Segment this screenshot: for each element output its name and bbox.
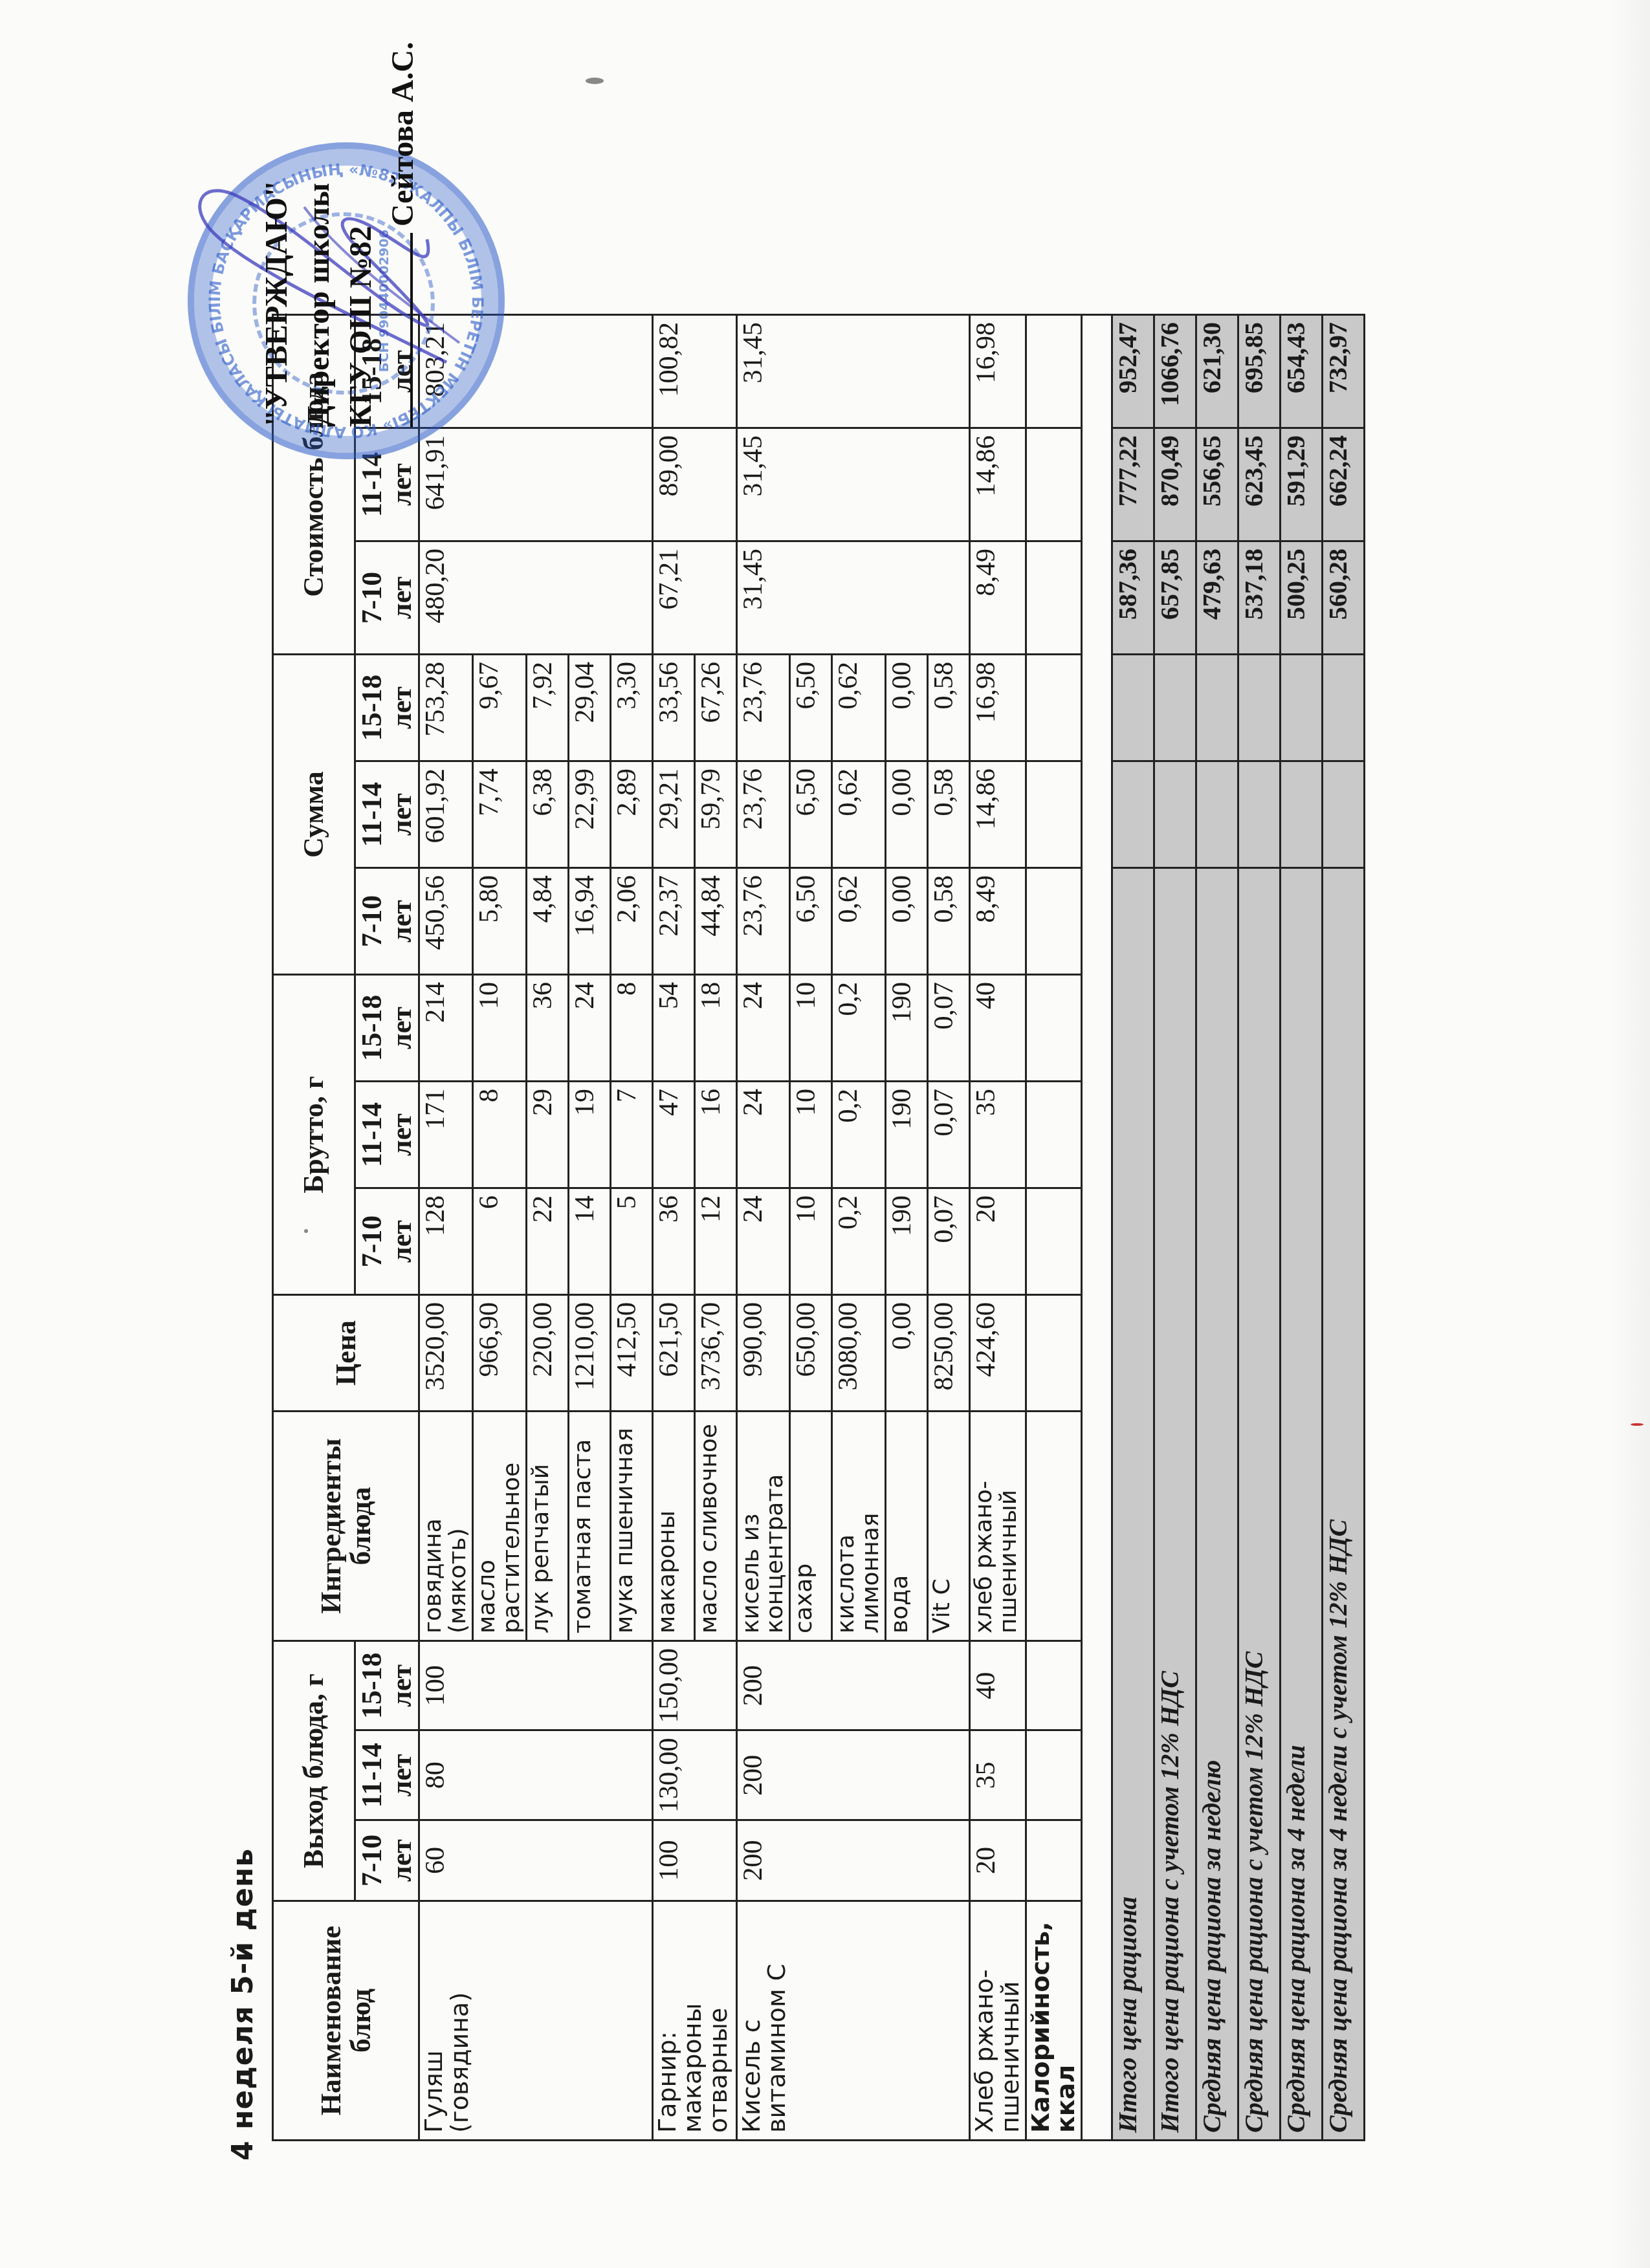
ingredient-price: 1210,00 bbox=[568, 1295, 610, 1412]
ingredient-gross: 190 bbox=[885, 975, 927, 1082]
ingredient-sum: 2,06 bbox=[610, 868, 652, 975]
summary-empty-cell bbox=[1112, 761, 1154, 868]
dish-yield: 40 bbox=[969, 1641, 1026, 1731]
ingredient-price: 424,60 bbox=[969, 1295, 1026, 1412]
header-yield-age-2: 15-18 лет bbox=[355, 1641, 419, 1731]
ingredient-gross: 0,07 bbox=[927, 975, 969, 1082]
ingredient-gross: 0,2 bbox=[832, 1188, 886, 1295]
header-sum-age-1: 11-14 лет bbox=[355, 761, 419, 868]
calories-cell bbox=[1026, 315, 1082, 428]
summary-label: Средняя цена рациона с учетом 12% НДС bbox=[1238, 868, 1281, 2141]
table-row: Гарнир: макароны отварные100130,00150,00… bbox=[652, 315, 694, 2141]
ingredient-name: сахар bbox=[790, 1412, 832, 1641]
summary-value: 952,47 bbox=[1112, 315, 1154, 428]
ingredient-sum: 23,76 bbox=[736, 868, 790, 975]
summary-empty-cell bbox=[1238, 761, 1281, 868]
calories-cell bbox=[1026, 1188, 1082, 1295]
summary-empty-cell bbox=[1154, 655, 1196, 761]
dish-yield: 35 bbox=[969, 1730, 1026, 1820]
ingredient-gross: 54 bbox=[652, 975, 694, 1082]
dish-cost: 16,98 bbox=[969, 315, 1026, 428]
summary-label: Итого цена рациона с учетом 12% НДС bbox=[1154, 868, 1196, 2141]
ingredient-sum: 67,26 bbox=[694, 655, 736, 761]
ingredient-gross: 24 bbox=[736, 975, 790, 1082]
ingredient-gross: 0,07 bbox=[927, 1188, 969, 1295]
rotated-page: 4 неделя 5-й день Наименование блюд Выхо… bbox=[194, 32, 1100, 2180]
ingredient-gross: 5 bbox=[610, 1188, 652, 1295]
summary-value: 657,85 bbox=[1154, 541, 1196, 655]
ingredient-gross: 7 bbox=[610, 1082, 652, 1188]
summary-value: 479,63 bbox=[1196, 541, 1238, 655]
header-yield-age-1: 11-14 лет bbox=[355, 1730, 419, 1820]
ingredient-sum: 450,56 bbox=[419, 868, 473, 975]
calories-cell bbox=[1026, 1641, 1082, 1731]
dish-yield: 200 bbox=[736, 1820, 969, 1901]
ingredient-sum: 6,50 bbox=[790, 655, 832, 761]
ingredient-sum: 29,21 bbox=[652, 761, 694, 868]
summary-empty-cell bbox=[1323, 655, 1365, 761]
ingredient-sum: 33,56 bbox=[652, 655, 694, 761]
summary-label: Средняя цена рациона за 4 недели с учето… bbox=[1323, 868, 1365, 2141]
ingredient-sum: 753,28 bbox=[419, 655, 473, 761]
dish-yield: 60 bbox=[419, 1820, 652, 1901]
ingredient-sum: 7,92 bbox=[526, 655, 568, 761]
ingredient-gross: 22 bbox=[526, 1188, 568, 1295]
summary-value: 777,22 bbox=[1112, 428, 1154, 541]
header-sum-age-2: 15-18 лет bbox=[355, 655, 419, 761]
ingredient-sum: 3,30 bbox=[610, 655, 652, 761]
ingredient-gross: 214 bbox=[419, 975, 473, 1082]
ingredient-gross: 24 bbox=[736, 1082, 790, 1188]
ingredient-sum: 16,94 bbox=[568, 868, 610, 975]
dish-cost: 67,21 bbox=[652, 541, 736, 655]
calories-cell bbox=[1026, 868, 1082, 975]
approval-signature-line: Сейтова А.С. bbox=[385, 42, 421, 427]
ingredient-gross: 18 bbox=[694, 975, 736, 1082]
ingredient-gross: 190 bbox=[885, 1082, 927, 1188]
ingredient-gross: 40 bbox=[969, 975, 1026, 1082]
calories-row: Калорийность, ккал bbox=[1026, 315, 1082, 2141]
summary-empty-cell bbox=[1196, 761, 1238, 868]
ingredient-name: Vit C bbox=[927, 1412, 969, 1641]
ingredient-name: лук репчатый bbox=[526, 1412, 568, 1641]
ingredient-sum: 23,76 bbox=[736, 761, 790, 868]
summary-row: Итого цена рациона587,36777,22952,47 bbox=[1112, 315, 1154, 2141]
ingredient-sum: 6,38 bbox=[526, 761, 568, 868]
ingredient-name: масло сливочное bbox=[694, 1412, 736, 1641]
ingredient-price: 966,90 bbox=[472, 1295, 526, 1412]
ingredient-sum: 0,58 bbox=[927, 761, 969, 868]
ingredient-gross: 19 bbox=[568, 1082, 610, 1188]
ingredient-gross: 190 bbox=[885, 1188, 927, 1295]
summary-value: 560,28 bbox=[1323, 541, 1365, 655]
ingredient-sum: 6,50 bbox=[790, 868, 832, 975]
ingredient-sum: 6,50 bbox=[790, 761, 832, 868]
ingredient-sum: 59,79 bbox=[694, 761, 736, 868]
dish-cost: 14,86 bbox=[969, 428, 1026, 541]
summary-empty-cell bbox=[1281, 655, 1323, 761]
ingredient-price: 650,00 bbox=[790, 1295, 832, 1412]
dish-cost: 31,45 bbox=[736, 541, 969, 655]
ingredient-sum: 4,84 bbox=[526, 868, 568, 975]
calories-cell bbox=[1026, 1412, 1082, 1641]
ingredient-gross: 128 bbox=[419, 1188, 473, 1295]
ingredient-price: 990,00 bbox=[736, 1295, 790, 1412]
ingredient-gross: 24 bbox=[736, 1188, 790, 1295]
ingredient-sum: 601,92 bbox=[419, 761, 473, 868]
calories-cell bbox=[1026, 1295, 1082, 1412]
calories-cell bbox=[1026, 1082, 1082, 1188]
ingredient-price: 8250,00 bbox=[927, 1295, 969, 1412]
dish-cost: 8,49 bbox=[969, 541, 1026, 655]
ingredient-price: 3520,00 bbox=[419, 1295, 473, 1412]
calories-cell bbox=[1026, 761, 1082, 868]
ingredient-gross: 0,07 bbox=[927, 1082, 969, 1188]
ingredient-sum: 7,74 bbox=[472, 761, 526, 868]
ingredient-price: 220,00 bbox=[526, 1295, 568, 1412]
summary-row: Средняя цена рациона за неделю479,63556,… bbox=[1196, 315, 1238, 2141]
approval-organization: КГУ ОШ №82 bbox=[343, 226, 379, 427]
ingredient-gross: 8 bbox=[610, 975, 652, 1082]
summary-empty-cell bbox=[1238, 655, 1281, 761]
summary-label: Средняя цена рациона за неделю bbox=[1196, 868, 1238, 2141]
dish-name: Кисель с витамином С bbox=[736, 1901, 969, 2141]
approval-name: Сейтова А.С. bbox=[386, 42, 420, 226]
summary-row: Средняя цена рациона за 4 недели500,2559… bbox=[1281, 315, 1323, 2141]
ingredient-gross: 171 bbox=[419, 1082, 473, 1188]
summary-value: 500,25 bbox=[1281, 541, 1323, 655]
ingredient-name: кислота лимонная bbox=[832, 1412, 886, 1641]
ingredient-sum: 0,58 bbox=[927, 868, 969, 975]
dish-yield: 20 bbox=[969, 1820, 1026, 1901]
summary-label: Средняя цена рациона за 4 недели bbox=[1281, 868, 1323, 2141]
header-price: Цена bbox=[273, 1295, 419, 1412]
ingredient-sum: 0,00 bbox=[885, 868, 927, 975]
summary-label: Итого цена рациона bbox=[1112, 868, 1154, 2141]
ingredient-sum: 0,62 bbox=[832, 761, 886, 868]
summary-empty-cell bbox=[1281, 761, 1323, 868]
header-yield: Выход блюда, г bbox=[273, 1641, 355, 1901]
approval-heading: "УТВЕРЖДАЮ" bbox=[259, 180, 294, 427]
dish-name: Хлеб ржано-пшеничный bbox=[969, 1901, 1026, 2141]
scan-edge-shadow bbox=[1611, 0, 1650, 2268]
ingredient-gross: 10 bbox=[472, 975, 526, 1082]
dish-cost: 89,00 bbox=[652, 428, 736, 541]
summary-value: 621,30 bbox=[1196, 315, 1238, 428]
ingredient-sum: 16,98 bbox=[969, 655, 1026, 761]
ingredient-gross: 6 bbox=[472, 1188, 526, 1295]
ingredient-price: 621,50 bbox=[652, 1295, 694, 1412]
ingredient-name: хлеб ржано-пшеничный bbox=[969, 1412, 1026, 1641]
dish-yield: 80 bbox=[419, 1730, 652, 1820]
header-gross-age-1: 11-14 лет bbox=[355, 1082, 419, 1188]
calories-cell bbox=[1026, 975, 1082, 1082]
ingredient-sum: 2,89 bbox=[610, 761, 652, 868]
approval-position: Директор школы bbox=[301, 183, 336, 427]
ingredient-name: масло растительное bbox=[472, 1412, 526, 1641]
ingredient-name: кисель из концентрата bbox=[736, 1412, 790, 1641]
ingredient-name: мука пшеничная bbox=[610, 1412, 652, 1641]
calories-cell bbox=[1026, 1820, 1082, 1901]
ingredient-gross: 10 bbox=[790, 1188, 832, 1295]
header-gross: Брутто, г bbox=[273, 975, 355, 1295]
dish-yield: 200 bbox=[736, 1730, 969, 1820]
dish-yield: 100 bbox=[652, 1820, 736, 1901]
ingredient-price: 0,00 bbox=[885, 1295, 927, 1412]
ingredient-name: говядина (мякоть) bbox=[419, 1412, 473, 1641]
ingredient-sum: 22,37 bbox=[652, 868, 694, 975]
ingredient-sum: 8,49 bbox=[969, 868, 1026, 975]
dish-name: Гуляш (говядина) bbox=[419, 1901, 652, 2141]
summary-empty-cell bbox=[1112, 655, 1154, 761]
calories-cell bbox=[1026, 1730, 1082, 1820]
dish-yield: 150,00 bbox=[652, 1641, 736, 1731]
ingredient-gross: 36 bbox=[652, 1188, 694, 1295]
header-sum: Сумма bbox=[273, 655, 355, 975]
summary-value: 695,85 bbox=[1238, 315, 1281, 428]
summary-value: 870,49 bbox=[1154, 428, 1196, 541]
ingredient-price: 412,50 bbox=[610, 1295, 652, 1412]
spacer-row bbox=[1082, 315, 1112, 2141]
ingredient-name: вода bbox=[885, 1412, 927, 1641]
ingredient-sum: 0,00 bbox=[885, 761, 927, 868]
calories-cell bbox=[1026, 655, 1082, 761]
ingredient-gross: 29 bbox=[526, 1082, 568, 1188]
summary-value: 556,65 bbox=[1196, 428, 1238, 541]
summary-empty-cell bbox=[1196, 655, 1238, 761]
header-sum-age-0: 7-10 лет bbox=[355, 868, 419, 975]
signature-underline bbox=[410, 233, 413, 427]
dish-cost: 100,82 bbox=[652, 315, 736, 428]
ingredient-sum: 9,67 bbox=[472, 655, 526, 761]
ingredient-sum: 0,58 bbox=[927, 655, 969, 761]
summary-row: Средняя цена рациона за 4 недели с учето… bbox=[1323, 315, 1365, 2141]
dish-cost: 31,45 bbox=[736, 315, 969, 428]
page-title: 4 неделя 5-й день bbox=[226, 1848, 259, 2161]
summary-value: 732,97 bbox=[1323, 315, 1365, 428]
header-yield-age-0: 7-10 лет bbox=[355, 1820, 419, 1901]
ingredient-gross: 35 bbox=[969, 1082, 1026, 1188]
calories-label: Калорийность, ккал bbox=[1026, 1901, 1082, 2141]
ingredient-gross: 0,2 bbox=[832, 975, 886, 1082]
ingredient-sum: 14,86 bbox=[969, 761, 1026, 868]
ingredient-gross: 20 bbox=[969, 1188, 1026, 1295]
header-ingredients: Ингредиенты блюда bbox=[273, 1412, 419, 1641]
dish-name: Гарнир: макароны отварные bbox=[652, 1901, 736, 2141]
dish-yield: 100 bbox=[419, 1641, 652, 1731]
ingredient-price: 3080,00 bbox=[832, 1295, 886, 1412]
ingredient-gross: 10 bbox=[790, 975, 832, 1082]
ingredient-gross: 8 bbox=[472, 1082, 526, 1188]
ingredient-sum: 29,04 bbox=[568, 655, 610, 761]
ingredient-gross: 24 bbox=[568, 975, 610, 1082]
scan-speck bbox=[1631, 1423, 1644, 1426]
ingredient-gross: 47 bbox=[652, 1082, 694, 1188]
table-row: Кисель с витамином С200200200кисель из к… bbox=[736, 315, 790, 2141]
ingredient-gross: 0,2 bbox=[832, 1082, 886, 1188]
ingredient-sum: 5,80 bbox=[472, 868, 526, 975]
header-gross-age-2: 15-18 лет bbox=[355, 975, 419, 1082]
dish-yield: 130,00 bbox=[652, 1730, 736, 1820]
summary-empty-cell bbox=[1323, 761, 1365, 868]
summary-value: 537,18 bbox=[1238, 541, 1281, 655]
summary-value: 1066,76 bbox=[1154, 315, 1196, 428]
summary-value: 591,29 bbox=[1281, 428, 1323, 541]
ingredient-name: томатная паста bbox=[568, 1412, 610, 1641]
ingredient-sum: 44,84 bbox=[694, 868, 736, 975]
ingredient-gross: 12 bbox=[694, 1188, 736, 1295]
ingredient-gross: 36 bbox=[526, 975, 568, 1082]
ingredient-sum: 23,76 bbox=[736, 655, 790, 761]
header-dish-name: Наименование блюд bbox=[273, 1901, 419, 2141]
ingredient-price: 3736,70 bbox=[694, 1295, 736, 1412]
calories-cell bbox=[1026, 428, 1082, 541]
header-gross-age-0: 7-10 лет bbox=[355, 1188, 419, 1295]
summary-row: Итого цена рациона с учетом 12% НДС657,8… bbox=[1154, 315, 1196, 2141]
summary-value: 623,45 bbox=[1238, 428, 1281, 541]
ingredient-name: макароны bbox=[652, 1412, 694, 1641]
ingredient-gross: 14 bbox=[568, 1188, 610, 1295]
ingredient-sum: 22,99 bbox=[568, 761, 610, 868]
table-row: Хлеб ржано-пшеничный203540хлеб ржано-пше… bbox=[969, 315, 1026, 2141]
ingredient-sum: 0,62 bbox=[832, 655, 886, 761]
approval-block: АЛМАТЫ ҚАЛАСЫ БІЛІМ БАСҚАРМАСЫНЫҢ «№82 Ж… bbox=[168, 65, 505, 595]
ingredient-gross: 16 bbox=[694, 1082, 736, 1188]
summary-row: Средняя цена рациона с учетом 12% НДС537… bbox=[1238, 315, 1281, 2141]
dish-cost: 31,45 bbox=[736, 428, 969, 541]
summary-value: 587,36 bbox=[1112, 541, 1154, 655]
summary-value: 654,43 bbox=[1281, 315, 1323, 428]
summary-value: 662,24 bbox=[1323, 428, 1365, 541]
calories-cell bbox=[1026, 541, 1082, 655]
spacer-cell bbox=[1082, 315, 1112, 2141]
ingredient-gross: 10 bbox=[790, 1082, 832, 1188]
dish-yield: 200 bbox=[736, 1641, 969, 1731]
summary-empty-cell bbox=[1154, 761, 1196, 868]
ingredient-sum: 0,00 bbox=[885, 655, 927, 761]
ingredient-sum: 0,62 bbox=[832, 868, 886, 975]
